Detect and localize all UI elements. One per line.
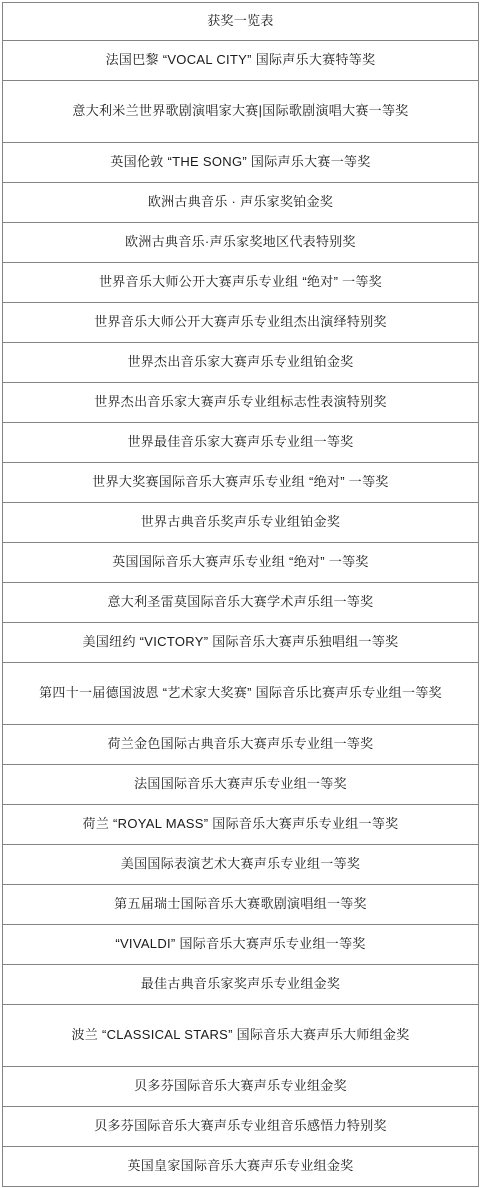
award-cell: 美国纽约 “VICTORY” 国际音乐大赛声乐独唱组一等奖	[3, 623, 479, 663]
award-cell: 英国伦敦 “THE SONG” 国际声乐大赛一等奖	[3, 143, 479, 183]
table-row: 世界最佳音乐家大赛声乐专业组一等奖	[3, 423, 479, 463]
awards-table-body: 获奖一览表 法国巴黎 “VOCAL CITY” 国际声乐大赛特等奖意大利米兰世界…	[3, 3, 479, 1187]
award-cell: 波兰 “CLASSICAL STARS” 国际音乐大赛声乐大师组金奖	[3, 1005, 479, 1067]
table-row: 世界大奖赛国际音乐大赛声乐专业组 “绝对” 一等奖	[3, 463, 479, 503]
table-row: 法国巴黎 “VOCAL CITY” 国际声乐大赛特等奖	[3, 41, 479, 81]
table-row: 欧洲古典音乐 · 声乐家奖铂金奖	[3, 183, 479, 223]
table-row: 贝多芬国际音乐大赛声乐专业组音乐感悟力特别奖	[3, 1107, 479, 1147]
table-row: 最佳古典音乐家奖声乐专业组金奖	[3, 965, 479, 1005]
table-row: 世界古典音乐奖声乐专业组铂金奖	[3, 503, 479, 543]
award-cell: 世界杰出音乐家大赛声乐专业组铂金奖	[3, 343, 479, 383]
table-row: 世界杰出音乐家大赛声乐专业组铂金奖	[3, 343, 479, 383]
table-row: 第五届瑞士国际音乐大赛歌剧演唱组一等奖	[3, 885, 479, 925]
table-row: 英国皇家国际音乐大赛声乐专业组金奖	[3, 1147, 479, 1187]
table-row: 贝多芬国际音乐大赛声乐专业组金奖	[3, 1067, 479, 1107]
award-cell: 英国皇家国际音乐大赛声乐专业组金奖	[3, 1147, 479, 1187]
award-cell: 英国国际音乐大赛声乐专业组 “绝对” 一等奖	[3, 543, 479, 583]
award-cell: 世界音乐大师公开大赛声乐专业组杰出演绎特别奖	[3, 303, 479, 343]
table-row: 波兰 “CLASSICAL STARS” 国际音乐大赛声乐大师组金奖	[3, 1005, 479, 1067]
table-row: 英国国际音乐大赛声乐专业组 “绝对” 一等奖	[3, 543, 479, 583]
table-row: 意大利圣雷莫国际音乐大赛学术声乐组一等奖	[3, 583, 479, 623]
award-cell: 世界最佳音乐家大赛声乐专业组一等奖	[3, 423, 479, 463]
award-cell: 荷兰 “ROYAL MASS” 国际音乐大赛声乐专业组一等奖	[3, 805, 479, 845]
table-row: 欧洲古典音乐·声乐家奖地区代表特别奖	[3, 223, 479, 263]
table-row: 美国国际表演艺术大赛声乐专业组一等奖	[3, 845, 479, 885]
award-cell: 意大利米兰世界歌剧演唱家大赛|国际歌剧演唱大赛一等奖	[3, 81, 479, 143]
table-row: 法国国际音乐大赛声乐专业组一等奖	[3, 765, 479, 805]
award-cell: 法国巴黎 “VOCAL CITY” 国际声乐大赛特等奖	[3, 41, 479, 81]
table-row: 英国伦敦 “THE SONG” 国际声乐大赛一等奖	[3, 143, 479, 183]
award-cell: 贝多芬国际音乐大赛声乐专业组金奖	[3, 1067, 479, 1107]
award-cell: 欧洲古典音乐·声乐家奖地区代表特别奖	[3, 223, 479, 263]
award-cell: 第四十一届德国波恩 “艺术家大奖赛” 国际音乐比赛声乐专业组一等奖	[3, 663, 479, 725]
table-row: 世界音乐大师公开大赛声乐专业组 “绝对” 一等奖	[3, 263, 479, 303]
table-row: 荷兰金色国际古典音乐大赛声乐专业组一等奖	[3, 725, 479, 765]
award-cell: 世界音乐大师公开大赛声乐专业组 “绝对” 一等奖	[3, 263, 479, 303]
award-cell: 意大利圣雷莫国际音乐大赛学术声乐组一等奖	[3, 583, 479, 623]
award-cell: 最佳古典音乐家奖声乐专业组金奖	[3, 965, 479, 1005]
table-row: 世界杰出音乐家大赛声乐专业组标志性表演特别奖	[3, 383, 479, 423]
award-cell: 贝多芬国际音乐大赛声乐专业组音乐感悟力特别奖	[3, 1107, 479, 1147]
awards-table: 获奖一览表 法国巴黎 “VOCAL CITY” 国际声乐大赛特等奖意大利米兰世界…	[2, 2, 479, 1187]
table-title: 获奖一览表	[3, 3, 479, 41]
table-row: “VIVALDI” 国际音乐大赛声乐专业组一等奖	[3, 925, 479, 965]
award-cell: 第五届瑞士国际音乐大赛歌剧演唱组一等奖	[3, 885, 479, 925]
award-cell: “VIVALDI” 国际音乐大赛声乐专业组一等奖	[3, 925, 479, 965]
award-cell: 世界古典音乐奖声乐专业组铂金奖	[3, 503, 479, 543]
table-row: 世界音乐大师公开大赛声乐专业组杰出演绎特别奖	[3, 303, 479, 343]
award-cell: 荷兰金色国际古典音乐大赛声乐专业组一等奖	[3, 725, 479, 765]
table-row: 第四十一届德国波恩 “艺术家大奖赛” 国际音乐比赛声乐专业组一等奖	[3, 663, 479, 725]
award-cell: 世界杰出音乐家大赛声乐专业组标志性表演特别奖	[3, 383, 479, 423]
award-cell: 世界大奖赛国际音乐大赛声乐专业组 “绝对” 一等奖	[3, 463, 479, 503]
table-row: 荷兰 “ROYAL MASS” 国际音乐大赛声乐专业组一等奖	[3, 805, 479, 845]
award-cell: 欧洲古典音乐 · 声乐家奖铂金奖	[3, 183, 479, 223]
table-row: 美国纽约 “VICTORY” 国际音乐大赛声乐独唱组一等奖	[3, 623, 479, 663]
award-cell: 法国国际音乐大赛声乐专业组一等奖	[3, 765, 479, 805]
award-cell: 美国国际表演艺术大赛声乐专业组一等奖	[3, 845, 479, 885]
table-row: 意大利米兰世界歌剧演唱家大赛|国际歌剧演唱大赛一等奖	[3, 81, 479, 143]
table-header-row: 获奖一览表	[3, 3, 479, 41]
